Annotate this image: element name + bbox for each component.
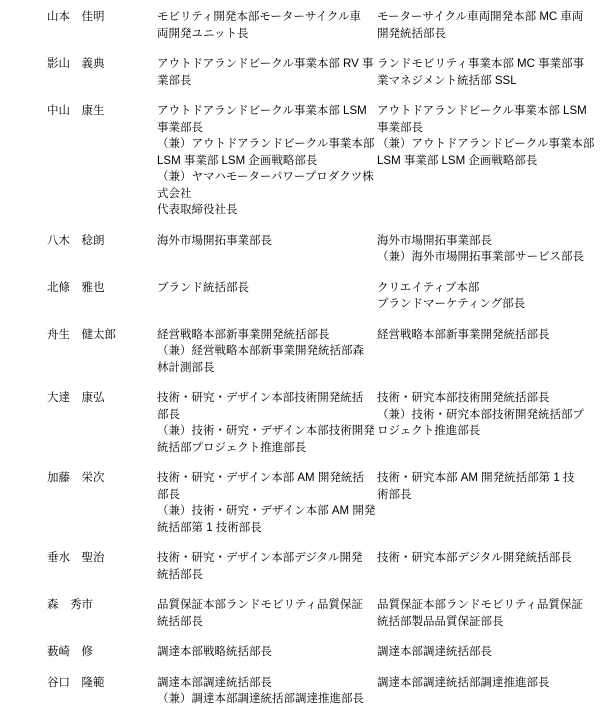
table-row: 山本 佳明モビリティ開発本部モーターサイクル車両開発ユニット長モーターサイクル車… [47,9,596,42]
position-line: 統括部第 1 技術部長 [157,520,369,537]
position-line: クリエイティブ本部 [377,280,596,297]
person-name: 八木 稔朗 [47,233,157,250]
position-line: 統括部長 [157,614,369,631]
position-line: （兼）技術・研究・デザイン本部 AM 開発 [157,503,369,520]
position-line: ブランドマーケティング部長 [377,296,596,313]
new-position-cell: ブランド統括部長 [157,280,377,297]
new-position-cell: 技術・研究・デザイン本部技術開発統括部長（兼）技術・研究・デザイン本部技術開発統… [157,390,377,456]
table-row: 影山 義典アウトドアランドビークル事業本部 RV 事業部長ランドモビリティ事業本… [47,56,596,89]
table-row: 谷口 隆範調達本部調達統括部長（兼）調達本部調達統括部調達推進部長調達本部調達統… [47,675,596,708]
person-name: 北條 雅也 [47,280,157,297]
person-name: 舟生 健太郎 [47,327,157,344]
position-line: 代表取締役社長 [157,202,369,219]
table-row: 垂水 聖治技術・研究・デザイン本部デジタル開発統括部長技術・研究本部デジタル開発… [47,550,596,583]
table-row: 北條 雅也ブランド統括部長クリエイティブ本部ブランドマーケティング部長 [47,280,596,313]
position-line: 品質保証本部ランドモビリティ品質保証 [377,597,596,614]
person-name: 影山 義典 [47,56,157,73]
position-line: 経営戦略本部新事業開発統括部長 [377,327,596,344]
position-line: アウトドアランドビークル事業本部 RV 事 [157,56,369,73]
old-position-cell: 経営戦略本部新事業開発統括部長 [377,327,596,344]
position-line: 林計測部長 [157,360,369,377]
position-line: LSM 事業部 LSM 企画戦略部長 [377,153,596,170]
new-position-cell: 海外市場開拓事業部長 [157,233,377,250]
table-row: 薮崎 修調達本部戦略統括部長調達本部調達統括部長 [47,644,596,661]
position-line: （兼）調達本部調達統括部調達推進部長 [157,691,369,708]
position-line: 部長 [157,407,369,424]
table-row: 八木 稔朗海外市場開拓事業部長海外市場開拓事業部長（兼）海外市場開拓事業部サービ… [47,233,596,266]
position-line: 術部長 [377,487,596,504]
position-line: 技術・研究本部技術開発統括部長 [377,390,596,407]
table-row: 中山 康生アウトドアランドビークル事業本部 LSM事業部長（兼）アウトドアランド… [47,103,596,219]
position-line: ブランド統括部長 [157,280,369,297]
old-position-cell: モーターサイクル車両開発本部 MC 車両開発統括部長 [377,9,596,42]
old-position-cell: 品質保証本部ランドモビリティ品質保証統括部製品品質保証部長 [377,597,596,630]
position-line: 技術・研究・デザイン本部デジタル開発 [157,550,369,567]
position-line: 式会社 [157,186,369,203]
position-line: 調達本部戦略統括部長 [157,644,369,661]
new-position-cell: 技術・研究・デザイン本部 AM 開発統括部長（兼）技術・研究・デザイン本部 AM… [157,470,377,536]
person-name: 垂水 聖治 [47,550,157,567]
position-line: （兼）アウトドアランドビークル事業本部 [377,136,596,153]
position-line: （兼）ヤマハモーターパワープロダクツ株 [157,169,369,186]
position-line: 部長 [157,487,369,504]
position-line: アウトドアランドビークル事業本部 LSM [157,103,369,120]
position-line: （兼）技術・研究・デザイン本部技術開発 [157,423,369,440]
position-line: 事業部長 [377,120,596,137]
old-position-cell: アウトドアランドビークル事業本部 LSM事業部長（兼）アウトドアランドビークル事… [377,103,596,169]
new-position-cell: 調達本部戦略統括部長 [157,644,377,661]
position-line: ランドモビリティ事業本部 MC 事業部事 [377,56,596,73]
position-line: アウトドアランドビークル事業本部 LSM [377,103,596,120]
old-position-cell: 技術・研究本部デジタル開発統括部長 [377,550,596,567]
personnel-document: 山本 佳明モビリティ開発本部モーターサイクル車両開発ユニット長モーターサイクル車… [0,0,600,709]
position-line: 品質保証本部ランドモビリティ品質保証 [157,597,369,614]
table-row: 加藤 栄次技術・研究・デザイン本部 AM 開発統括部長（兼）技術・研究・デザイン… [47,470,596,536]
position-line: 業部長 [157,73,369,90]
old-position-cell: クリエイティブ本部ブランドマーケティング部長 [377,280,596,313]
position-line: 統括部長 [157,567,369,584]
position-line: 技術・研究本部 AM 開発統括部第 1 技 [377,470,596,487]
person-name: 大達 康弘 [47,390,157,407]
new-position-cell: 品質保証本部ランドモビリティ品質保証統括部長 [157,597,377,630]
position-line: （兼）技術・研究本部技術開発統括部プ [377,407,596,424]
position-line: 技術・研究・デザイン本部技術開発統括 [157,390,369,407]
table-row: 大達 康弘技術・研究・デザイン本部技術開発統括部長（兼）技術・研究・デザイン本部… [47,390,596,456]
table-row: 森 秀市品質保証本部ランドモビリティ品質保証統括部長品質保証本部ランドモビリティ… [47,597,596,630]
position-line: モーターサイクル車両開発本部 MC 車両 [377,9,596,26]
old-position-cell: 調達本部調達統括部長 [377,644,596,661]
old-position-cell: ランドモビリティ事業本部 MC 事業部事業マネジメント統括部 SSL [377,56,596,89]
person-name: 森 秀市 [47,597,157,614]
old-position-cell: 海外市場開拓事業部長（兼）海外市場開拓事業部サービス部長 [377,233,596,266]
table-row: 舟生 健太郎経営戦略本部新事業開発統括部長（兼）経営戦略本部新事業開発統括部森林… [47,327,596,377]
position-line: モビリティ開発本部モーターサイクル車 [157,9,369,26]
person-name: 薮崎 修 [47,644,157,661]
position-line: 調達本部調達統括部調達推進部長 [377,675,596,692]
person-name: 中山 康生 [47,103,157,120]
position-line: 開発統括部長 [377,26,596,43]
old-position-cell: 技術・研究本部技術開発統括部長（兼）技術・研究本部技術開発統括部プロジェクト推進… [377,390,596,440]
person-name: 山本 佳明 [47,9,157,26]
person-name: 加藤 栄次 [47,470,157,487]
old-position-cell: 技術・研究本部 AM 開発統括部第 1 技術部長 [377,470,596,503]
position-line: 海外市場開拓事業部長 [377,233,596,250]
position-line: 経営戦略本部新事業開発統括部長 [157,327,369,344]
person-name: 谷口 隆範 [47,675,157,692]
new-position-cell: 経営戦略本部新事業開発統括部長（兼）経営戦略本部新事業開発統括部森林計測部長 [157,327,377,377]
personnel-table: 山本 佳明モビリティ開発本部モーターサイクル車両開発ユニット長モーターサイクル車… [47,9,596,708]
new-position-cell: モビリティ開発本部モーターサイクル車両開発ユニット長 [157,9,377,42]
new-position-cell: 調達本部調達統括部長（兼）調達本部調達統括部調達推進部長 [157,675,377,708]
new-position-cell: 技術・研究・デザイン本部デジタル開発統括部長 [157,550,377,583]
position-line: （兼）海外市場開拓事業部サービス部長 [377,249,596,266]
new-position-cell: アウトドアランドビークル事業本部 LSM事業部長（兼）アウトドアランドビークル事… [157,103,377,219]
position-line: 技術・研究・デザイン本部 AM 開発統括 [157,470,369,487]
position-line: 調達本部調達統括部長 [377,644,596,661]
position-line: LSM 事業部 LSM 企画戦略部長 [157,153,369,170]
position-line: 事業部長 [157,120,369,137]
new-position-cell: アウトドアランドビークル事業本部 RV 事業部長 [157,56,377,89]
old-position-cell: 調達本部調達統括部調達推進部長 [377,675,596,692]
position-line: 調達本部調達統括部長 [157,675,369,692]
position-line: 両開発ユニット長 [157,26,369,43]
position-line: 統括部製品品質保証部長 [377,614,596,631]
position-line: 海外市場開拓事業部長 [157,233,369,250]
position-line: （兼）経営戦略本部新事業開発統括部森 [157,343,369,360]
position-line: 業マネジメント統括部 SSL [377,73,596,90]
position-line: 技術・研究本部デジタル開発統括部長 [377,550,596,567]
position-line: 統括部プロジェクト推進部長 [157,440,369,457]
position-line: ロジェクト推進部長 [377,423,596,440]
position-line: （兼）アウトドアランドビークル事業本部 [157,136,369,153]
